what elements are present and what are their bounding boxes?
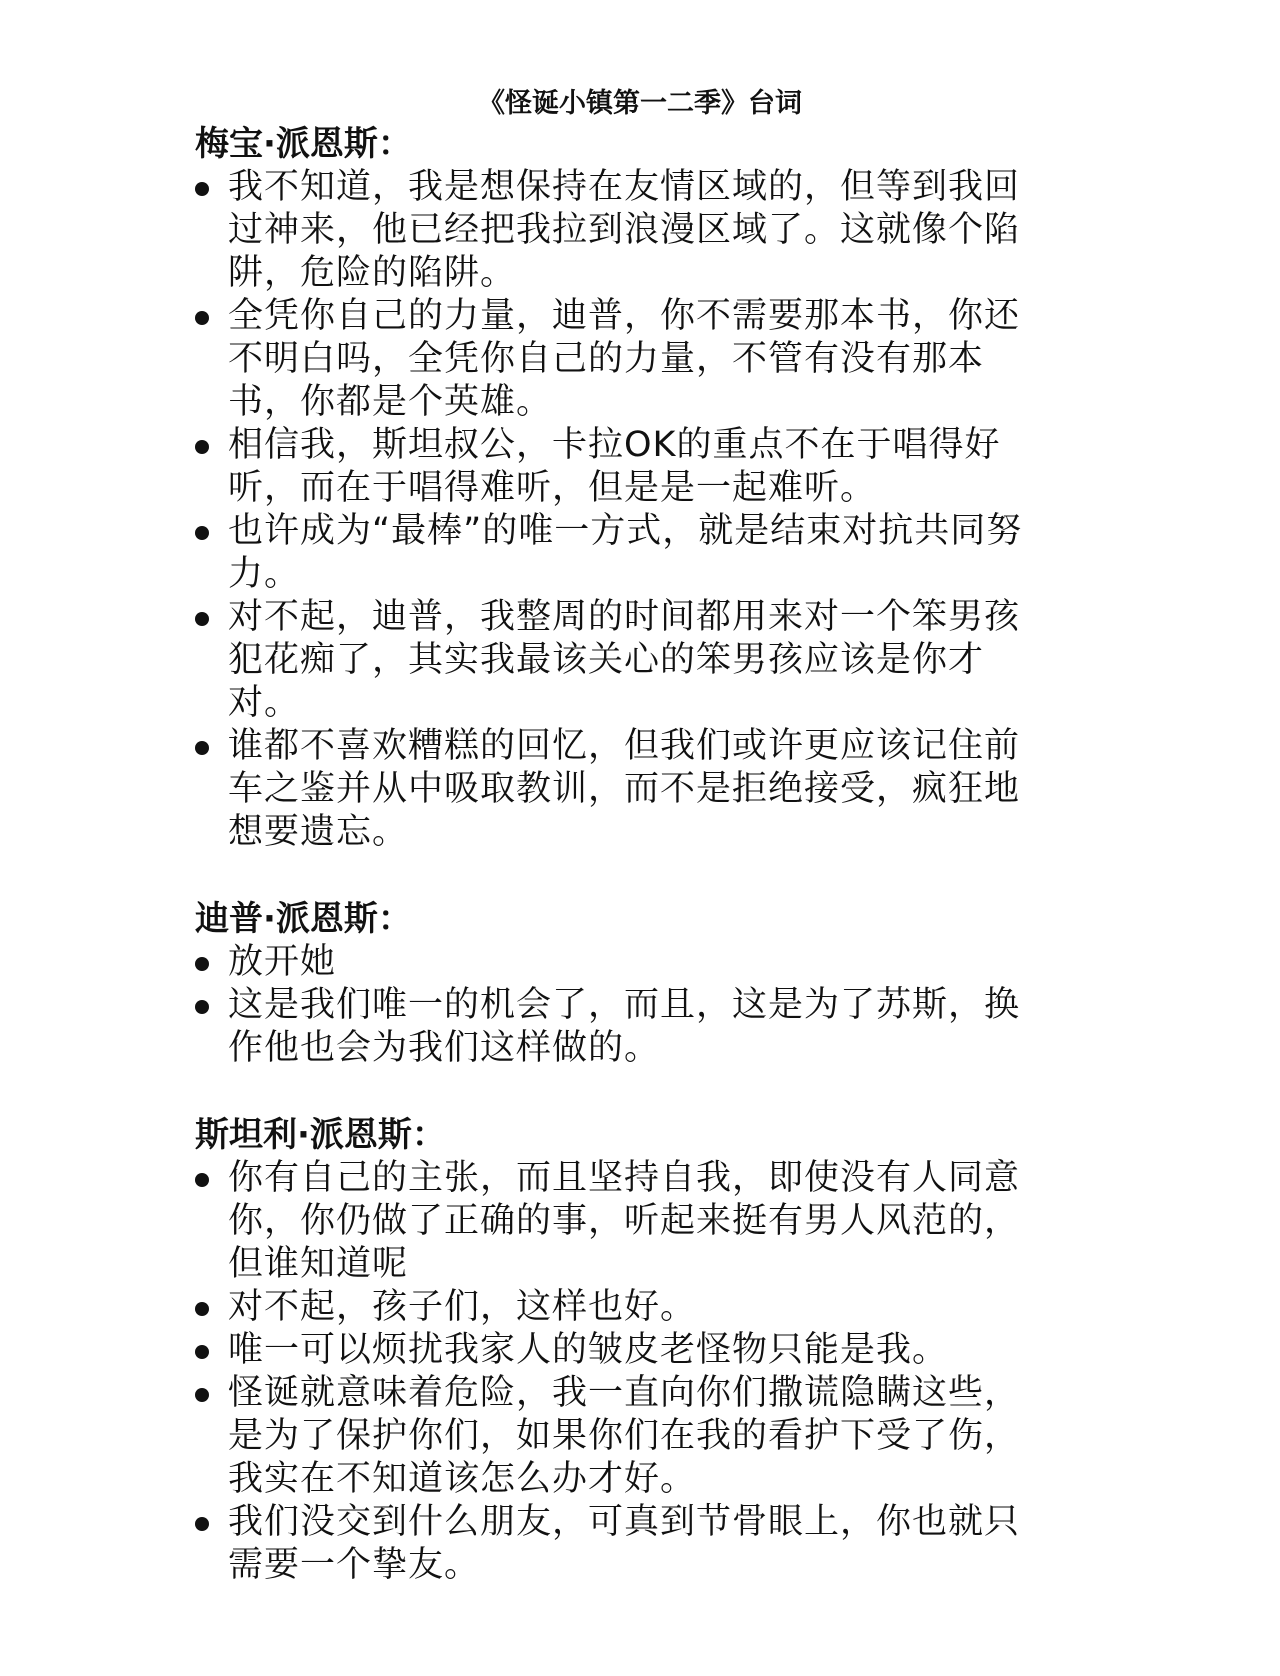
quote-text: 全凭你自己的力量，迪普，你不需要那本书，你还不明白吗，全凭你自己的力量，不管有没… — [228, 295, 1028, 424]
bullet-dot-icon — [195, 440, 209, 454]
quote-text: 这是我们唯一的机会了，而且，这是为了苏斯，换作他也会为我们这样做的。 — [228, 984, 1028, 1070]
bullet-dot-icon — [195, 1173, 209, 1187]
quote-item: 谁都不喜欢糟糕的回忆，但我们或许更应该记住前车之鉴并从中吸取教训，而不是拒绝接受… — [195, 725, 1028, 854]
quote-list: 我不知道，我是想保持在友情区域的，但等到我回过神来，他已经把我拉到浪漫区域了。这… — [195, 166, 1095, 854]
quote-text: 我不知道，我是想保持在友情区域的，但等到我回过神来，他已经把我拉到浪漫区域了。这… — [228, 166, 1028, 295]
quote-text: 怪诞就意味着危险，我一直向你们撒谎隐瞒这些，是为了保护你们，如果你们在我的看护下… — [228, 1372, 1028, 1501]
speaker-heading: 斯坦利·派恩斯： — [195, 1113, 1095, 1157]
bullet-dot-icon — [195, 741, 209, 755]
quote-item: 全凭你自己的力量，迪普，你不需要那本书，你还不明白吗，全凭你自己的力量，不管有没… — [195, 295, 1028, 424]
bullet-dot-icon — [195, 311, 209, 325]
quote-text: 我们没交到什么朋友，可真到节骨眼上，你也就只需要一个挚友。 — [228, 1501, 1028, 1587]
speaker-heading: 迪普·派恩斯： — [195, 897, 1095, 941]
bullet-dot-icon — [195, 612, 209, 626]
quote-item: 这是我们唯一的机会了，而且，这是为了苏斯，换作他也会为我们这样做的。 — [195, 984, 1028, 1070]
quote-list: 放开她 这是我们唯一的机会了，而且，这是为了苏斯，换作他也会为我们这样做的。 — [195, 941, 1095, 1070]
quote-item: 怪诞就意味着危险，我一直向你们撒谎隐瞒这些，是为了保护你们，如果你们在我的看护下… — [195, 1372, 1028, 1501]
quote-list: 你有自己的主张，而且坚持自我，即使没有人同意你，你仍做了正确的事，听起来挺有男人… — [195, 1157, 1095, 1587]
speaker-heading: 梅宝·派恩斯： — [195, 122, 1095, 166]
bullet-dot-icon — [195, 1388, 209, 1402]
quote-item: 我不知道，我是想保持在友情区域的，但等到我回过神来，他已经把我拉到浪漫区域了。这… — [195, 166, 1028, 295]
quote-text: 对不起，迪普，我整周的时间都用来对一个笨男孩犯花痴了，其实我最该关心的笨男孩应该… — [228, 596, 1028, 725]
quote-text: 相信我，斯坦叔公，卡拉OK的重点不在于唱得好听，而在于唱得难听，但是是一起难听。 — [228, 424, 1028, 510]
bullet-dot-icon — [195, 957, 209, 971]
quote-item: 也许成为“最棒”的唯一方式，就是结束对抗共同努力。 — [195, 510, 1028, 596]
quote-text: 唯一可以烦扰我家人的皱皮老怪物只能是我。 — [228, 1329, 1028, 1372]
bullet-dot-icon — [195, 1302, 209, 1316]
quote-text: 对不起，孩子们，这样也好。 — [228, 1286, 1028, 1329]
bullet-dot-icon — [195, 526, 209, 540]
quote-item: 唯一可以烦扰我家人的皱皮老怪物只能是我。 — [195, 1329, 1028, 1372]
speaker-section-dipper: 迪普·派恩斯： 放开她 这是我们唯一的机会了，而且，这是为了苏斯，换作他也会为我… — [195, 897, 1095, 1070]
bullet-dot-icon — [195, 1000, 209, 1014]
speaker-section-stanley: 斯坦利·派恩斯： 你有自己的主张，而且坚持自我，即使没有人同意你，你仍做了正确的… — [195, 1113, 1095, 1587]
document-body: 梅宝·派恩斯： 我不知道，我是想保持在友情区域的，但等到我回过神来，他已经把我拉… — [195, 122, 1095, 1587]
quote-text: 谁都不喜欢糟糕的回忆，但我们或许更应该记住前车之鉴并从中吸取教训，而不是拒绝接受… — [228, 725, 1028, 854]
document-page: 《怪诞小镇第一二季》台词 梅宝·派恩斯： 我不知道，我是想保持在友情区域的，但等… — [0, 0, 1280, 1676]
quote-item: 你有自己的主张，而且坚持自我，即使没有人同意你，你仍做了正确的事，听起来挺有男人… — [195, 1157, 1028, 1286]
quote-item: 我们没交到什么朋友，可真到节骨眼上，你也就只需要一个挚友。 — [195, 1501, 1028, 1587]
quote-item: 相信我，斯坦叔公，卡拉OK的重点不在于唱得好听，而在于唱得难听，但是是一起难听。 — [195, 424, 1028, 510]
quote-text: 你有自己的主张，而且坚持自我，即使没有人同意你，你仍做了正确的事，听起来挺有男人… — [228, 1157, 1028, 1286]
quote-item: 放开她 — [195, 941, 1028, 984]
quote-item: 对不起，孩子们，这样也好。 — [195, 1286, 1028, 1329]
quote-text: 也许成为“最棒”的唯一方式，就是结束对抗共同努力。 — [228, 510, 1028, 596]
bullet-dot-icon — [195, 1345, 209, 1359]
speaker-section-mabel: 梅宝·派恩斯： 我不知道，我是想保持在友情区域的，但等到我回过神来，他已经把我拉… — [195, 122, 1095, 854]
document-title: 《怪诞小镇第一二季》台词 — [0, 86, 1280, 122]
quote-item: 对不起，迪普，我整周的时间都用来对一个笨男孩犯花痴了，其实我最该关心的笨男孩应该… — [195, 596, 1028, 725]
bullet-dot-icon — [195, 182, 209, 196]
bullet-dot-icon — [195, 1517, 209, 1531]
quote-text: 放开她 — [228, 941, 1028, 984]
